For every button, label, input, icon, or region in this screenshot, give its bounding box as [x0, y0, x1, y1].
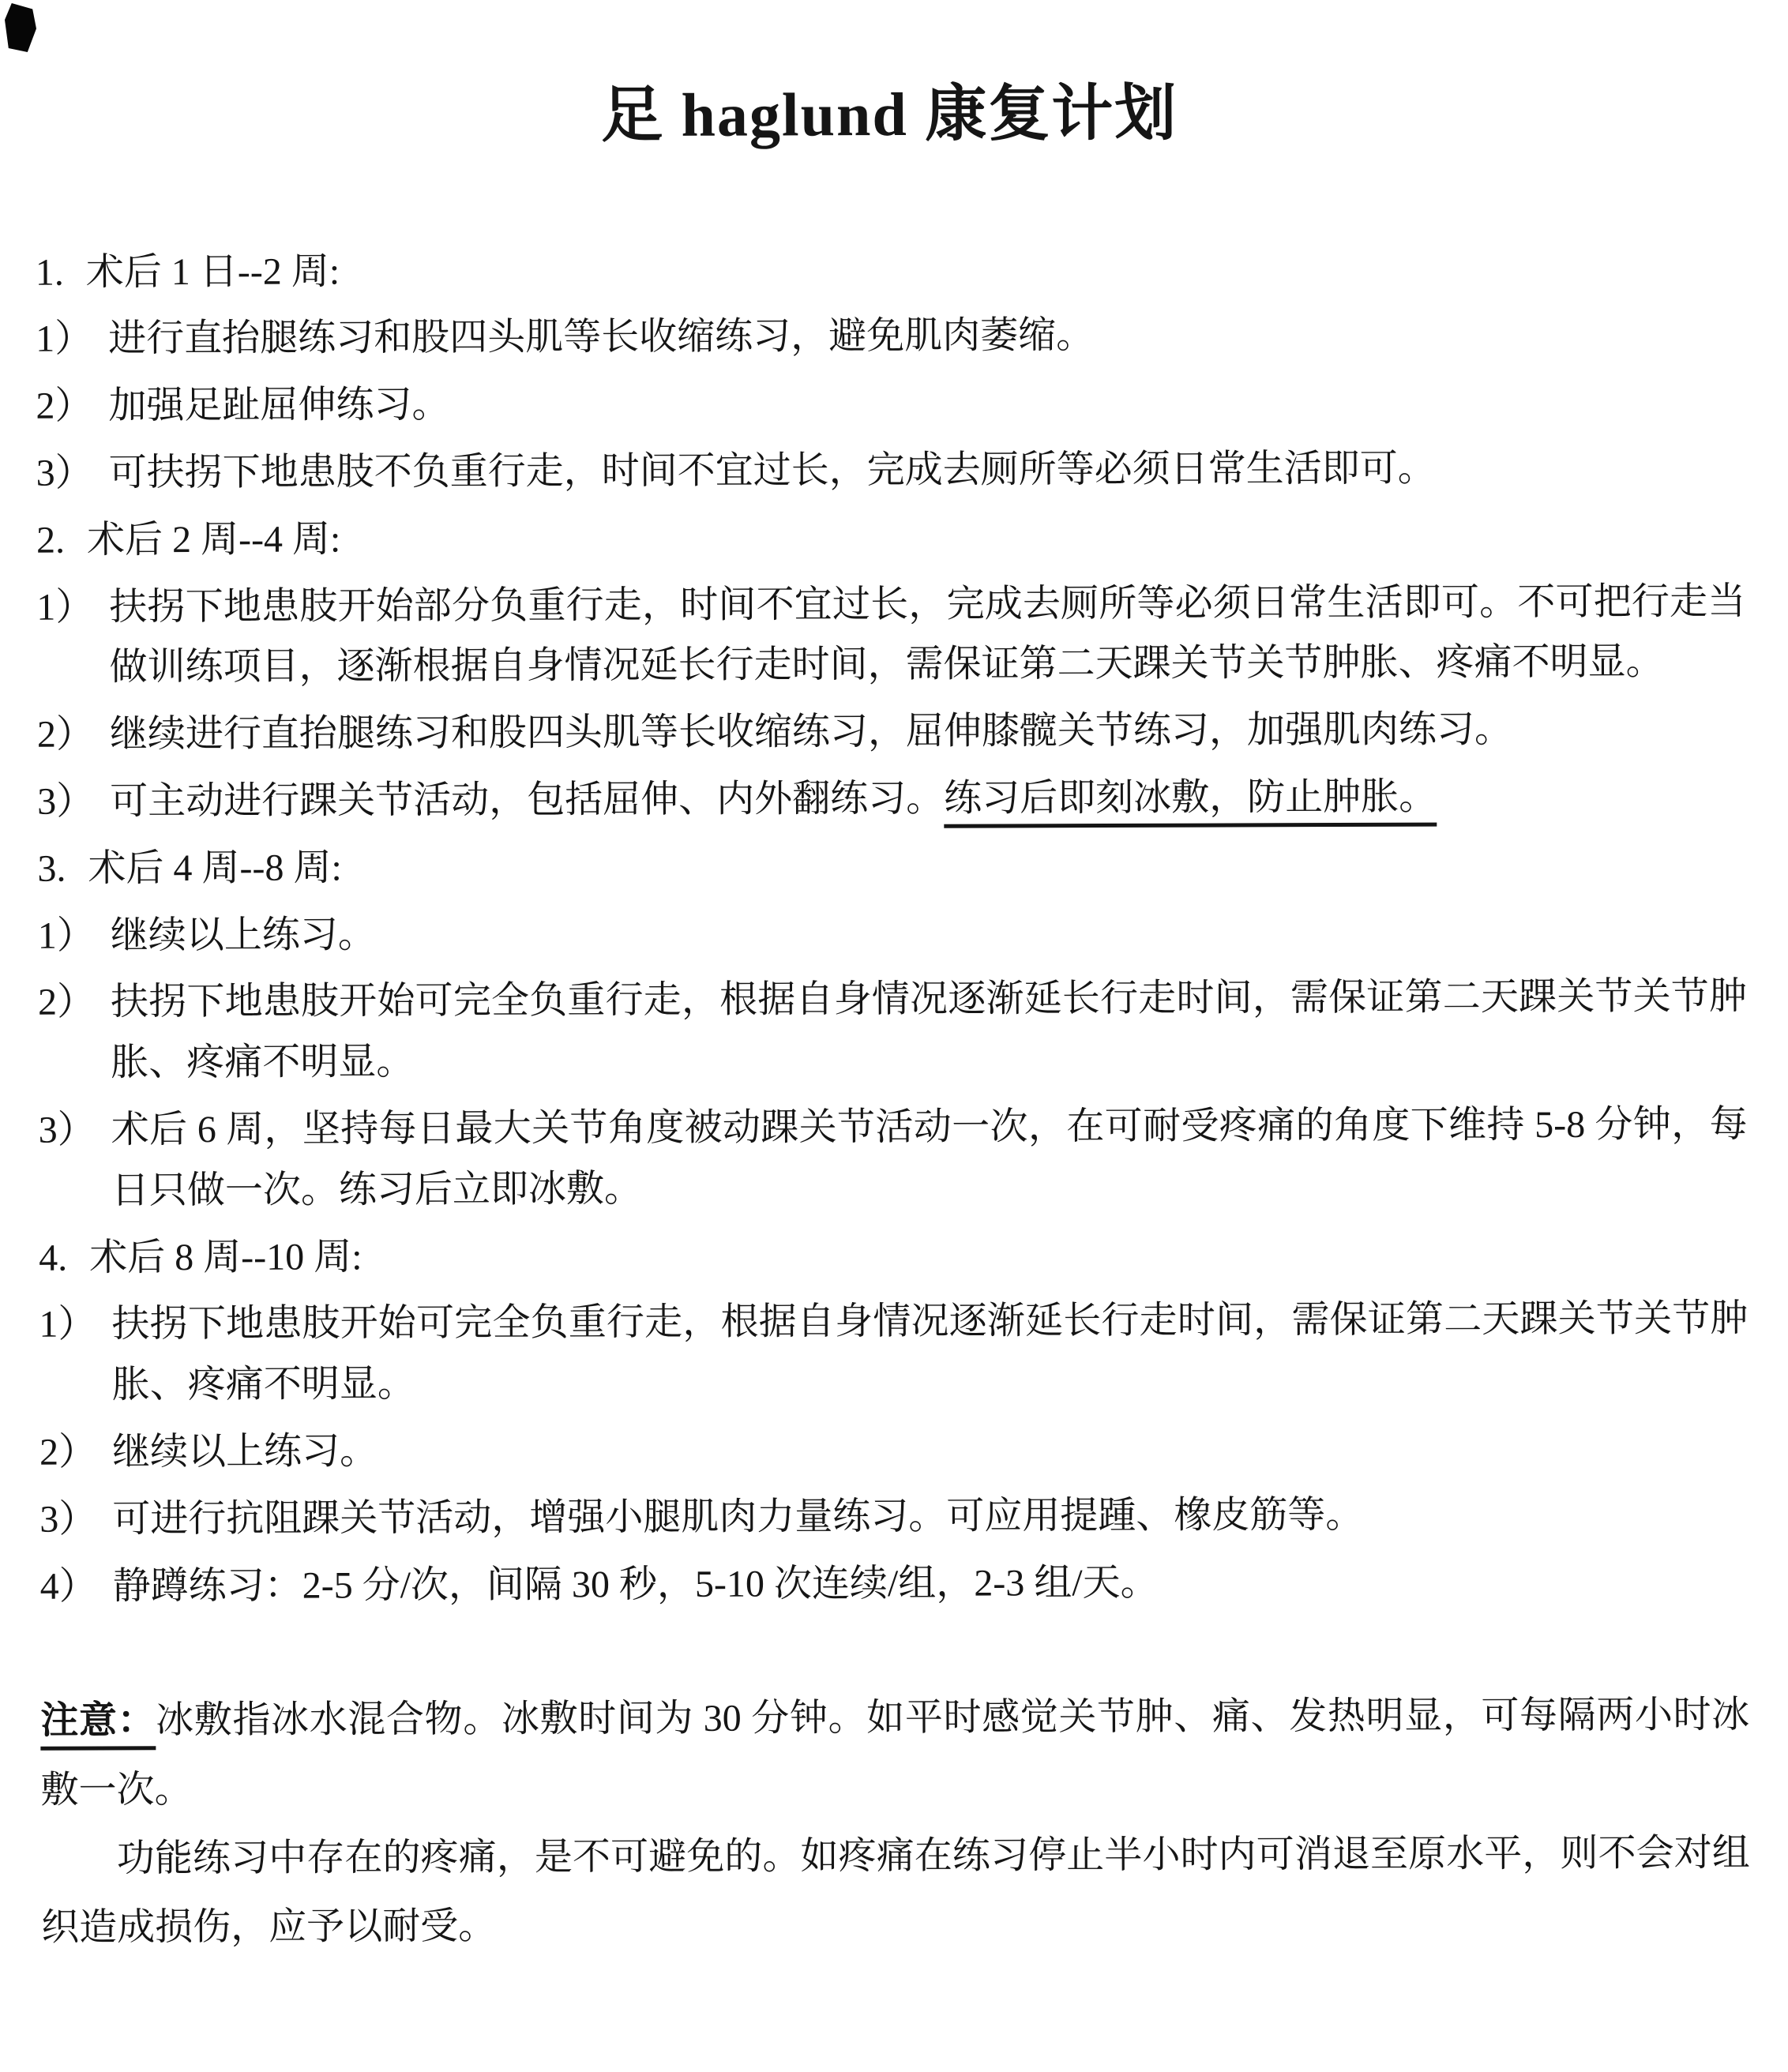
section-items: 1） 扶拐下地患肢开始部分负重行走，时间不宜过长，完成去厕所等必须日常生活即可。… — [36, 572, 1746, 833]
section-number: 4. — [39, 1228, 89, 1289]
item-number: 3） — [39, 1489, 112, 1550]
section-heading: 1. 术后 1 日--2 周: — [36, 237, 1745, 303]
list-item: 3） 可主动进行踝关节活动，包括屈伸、内外翻练习。练习后即刻冰敷，防止肿胀。 — [37, 766, 1746, 832]
item-text: 可主动进行踝关节活动，包括屈伸、内外翻练习。练习后即刻冰敷，防止肿胀。 — [110, 766, 1746, 832]
item-text: 静蹲练习：2-5 分/次，间隔 30 秒，5-10 次连续/组，2-3 组/天。 — [113, 1551, 1749, 1617]
section-post-op-week-8-10: 4. 术后 8 周--10 周: 1） 扶拐下地患肢开始可完全负重行走，根据自身… — [39, 1222, 1749, 1617]
section-number: 3. — [37, 839, 88, 899]
section-heading: 4. 术后 8 周--10 周: — [39, 1222, 1748, 1289]
section-title: 术后 4 周--8 周: — [88, 838, 342, 899]
page-title: 足 haglund 康复计划 — [35, 74, 1744, 154]
list-item: 3） 术后 6 周，坚持每日最大关节角度被动踝关节活动一次，在可耐受疼痛的角度下… — [39, 1094, 1749, 1222]
rehab-plan-list: 1. 术后 1 日--2 周: 1） 进行直抬腿练习和股四头肌等长收缩练习，避免… — [36, 237, 1749, 1617]
list-item: 1） 继续以上练习。 — [38, 900, 1747, 967]
section-number: 1. — [36, 242, 86, 303]
item-text: 扶拐下地患肢开始可完全负重行走，根据自身情况逐渐延长行走时间，需保证第二天踝关节… — [111, 1289, 1749, 1417]
item-number: 3） — [37, 771, 110, 832]
section-number: 2. — [36, 510, 87, 571]
note-text: 冰敷指冰水混合物。冰敷时间为 30 分钟。如平时感觉关节肿、痛、发热明显，可每隔… — [40, 1695, 1749, 1811]
item-number: 1） — [38, 906, 111, 967]
item-text: 可进行抗阻踝关节活动，增强小腿肌肉力量练习。可应用提踵、橡皮筋等。 — [112, 1484, 1749, 1550]
list-item: 2） 继续进行直抬腿练习和股四头肌等长收缩练习，屈伸膝髋关节练习，加强肌肉练习。 — [37, 699, 1746, 765]
note-paragraph-ice: 注意：冰敷指冰水混合物。冰敷时间为 30 分钟。如平时感觉关节肿、痛、发热明显，… — [40, 1681, 1750, 1825]
section-items: 1） 进行直抬腿练习和股四头肌等长收缩练习，避免肌肉萎缩。 2） 加强足趾屈伸练… — [36, 304, 1745, 505]
section-title: 术后 2 周--4 周: — [87, 509, 341, 571]
list-item: 3） 可进行抗阻踝关节活动，增强小腿肌肉力量练习。可应用提踵、橡皮筋等。 — [39, 1484, 1749, 1550]
item-text: 术后 6 周，坚持每日最大关节角度被动踝关节活动一次，在可耐受疼痛的角度下维持 … — [111, 1094, 1749, 1222]
item-text: 扶拐下地患肢开始可完全负重行走，根据自身情况逐渐延长行走时间，需保证第二天踝关节… — [111, 967, 1748, 1094]
item-number: 3） — [36, 443, 109, 504]
item-number: 2） — [38, 973, 111, 1034]
list-item: 2） 加强足趾屈伸练习。 — [36, 370, 1745, 437]
list-item: 1） 扶拐下地患肢开始可完全负重行走，根据自身情况逐渐延长行走时间，需保证第二天… — [39, 1289, 1749, 1417]
section-title: 术后 8 周--10 周: — [89, 1227, 362, 1289]
list-item: 3） 可扶拐下地患肢不负重行走，时间不宜过长，完成去厕所等必须日常生活即可。 — [36, 437, 1745, 504]
item-text: 扶拐下地患肢开始部分负重行走，时间不宜过长，完成去厕所等必须日常生活即可。不可把… — [109, 572, 1746, 699]
note-text: 功能练习中存在的疼痛，是不可避免的。如疼痛在练习停止半小时内可消退至原水平，则不… — [41, 1832, 1750, 1949]
item-text: 继续进行直抬腿练习和股四头肌等长收缩练习，屈伸膝髋关节练习，加强肌肉练习。 — [110, 699, 1746, 765]
item-number: 2） — [36, 377, 108, 437]
section-heading: 3. 术后 4 周--8 周: — [37, 833, 1746, 899]
list-item: 2） 继续以上练习。 — [39, 1417, 1749, 1483]
note-paragraph-pain: 功能练习中存在的疼痛，是不可避免的。如疼痛在练习停止半小时内可消退至原水平，则不… — [41, 1819, 1751, 1962]
section-post-op-week-2-4: 2. 术后 2 周--4 周: 1） 扶拐下地患肢开始部分负重行走，时间不宜过长… — [36, 505, 1746, 833]
section-items: 1） 扶拐下地患肢开始可完全负重行走，根据自身情况逐渐延长行走时间，需保证第二天… — [39, 1289, 1749, 1618]
scan-artifact — [5, 3, 36, 52]
item-number: 1） — [39, 1295, 111, 1356]
list-item: 1） 扶拐下地患肢开始部分负重行走，时间不宜过长，完成去厕所等必须日常生活即可。… — [36, 572, 1746, 699]
section-post-op-week-0-2: 1. 术后 1 日--2 周: 1） 进行直抬腿练习和股四头肌等长收缩练习，避免… — [36, 237, 1745, 505]
section-heading: 2. 术后 2 周--4 周: — [36, 505, 1745, 571]
item-text: 可扶拐下地患肢不负重行走，时间不宜过长，完成去厕所等必须日常生活即可。 — [109, 437, 1745, 504]
item-number: 3） — [39, 1100, 111, 1161]
note-label: 注意： — [40, 1700, 156, 1751]
list-item: 1） 进行直抬腿练习和股四头肌等长收缩练习，避免肌肉萎缩。 — [36, 304, 1745, 370]
list-item: 4） 静蹲练习：2-5 分/次，间隔 30 秒，5-10 次连续/组，2-3 组… — [40, 1551, 1749, 1617]
item-number: 1） — [36, 310, 108, 370]
item-number: 4） — [40, 1556, 113, 1617]
item-number: 1） — [36, 577, 109, 638]
item-text-normal: 可主动进行踝关节活动，包括屈伸、内外翻练习。 — [110, 778, 944, 823]
item-number: 2） — [39, 1422, 112, 1483]
section-items: 1） 继续以上练习。 2） 扶拐下地患肢开始可完全负重行走，根据自身情况逐渐延长… — [38, 900, 1748, 1222]
item-text: 加强足趾屈伸练习。 — [108, 370, 1745, 437]
document-content: 足 haglund 康复计划 1. 术后 1 日--2 周: 1） 进行直抬腿练… — [35, 74, 1750, 1962]
section-post-op-week-4-8: 3. 术后 4 周--8 周: 1） 继续以上练习。 2） 扶拐下地患肢开始可完… — [37, 833, 1748, 1222]
item-number: 2） — [37, 705, 110, 766]
item-text: 进行直抬腿练习和股四头肌等长收缩练习，避免肌肉萎缩。 — [108, 304, 1745, 370]
item-text: 继续以上练习。 — [112, 1417, 1749, 1483]
item-text-underlined: 练习后即刻冰敷，防止肿胀。 — [944, 776, 1437, 828]
notes-block: 注意：冰敷指冰水混合物。冰敷时间为 30 分钟。如平时感觉关节肿、痛、发热明显，… — [40, 1681, 1750, 1963]
item-text: 继续以上练习。 — [111, 900, 1747, 967]
document-page: 足 haglund 康复计划 1. 术后 1 日--2 周: 1） 进行直抬腿练… — [0, 0, 1788, 2072]
section-title: 术后 1 日--2 周: — [86, 242, 340, 303]
list-item: 2） 扶拐下地患肢开始可完全负重行走，根据自身情况逐渐延长行走时间，需保证第二天… — [38, 967, 1748, 1094]
